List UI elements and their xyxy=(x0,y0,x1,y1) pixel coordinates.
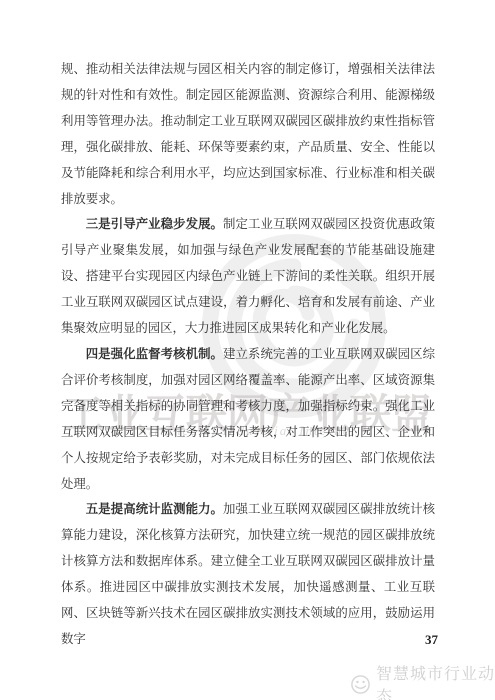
paragraph: 四是强化监督考核机制。建立系统完善的工业互联网双碳园区综合评价考核制度，加强对园… xyxy=(61,342,435,497)
paragraph: 三是引导产业稳步发展。制定工业互联网双碳园区投资优惠政策引导产业聚集发展，如加强… xyxy=(61,212,435,342)
paragraph: 规、推动相关法律法规与园区相关内容的制定修订，增强相关法律法规的针对性和有效性。… xyxy=(61,57,435,212)
page-number: 37 xyxy=(61,632,438,648)
document-page: 工业互联网产业联盟 Alliance of Industrial Interne… xyxy=(0,0,495,700)
paragraph-text: 建立系统完善的工业互联网双碳园区综合评价考核制度，加强对园区网络覆盖率、能源产出… xyxy=(61,347,435,491)
brand-watermark: 智慧城市行业动态 xyxy=(350,661,495,700)
paragraph-text: 规、推动相关法律法规与园区相关内容的制定修订，增强相关法律法规的针对性和有效性。… xyxy=(61,62,435,206)
paragraph: 五是提高统计监测能力。加强工业互联网双碳园区碳排放统计核算能力建设，深化核算方法… xyxy=(61,497,435,652)
paragraph-text: 制定工业互联网双碳园区投资优惠政策引导产业聚集发展，如加强与绿色产业发展配套的节… xyxy=(61,217,435,335)
paragraph-lead: 四是强化监督考核机制。 xyxy=(86,347,223,361)
paragraph-lead: 三是引导产业稳步发展。 xyxy=(86,217,223,231)
body-text: 规、推动相关法律法规与园区相关内容的制定修订，增强相关法律法规的针对性和有效性。… xyxy=(61,57,435,653)
paragraph-lead: 五是提高统计监测能力。 xyxy=(86,502,223,516)
brand-label: 智慧城市行业动态 xyxy=(376,661,495,700)
wechat-account-icon xyxy=(350,674,371,695)
paragraph-text: 加强工业互联网双碳园区碳排放统计核算能力建设，深化核算方法研究，加快建立统一规范… xyxy=(61,502,435,646)
